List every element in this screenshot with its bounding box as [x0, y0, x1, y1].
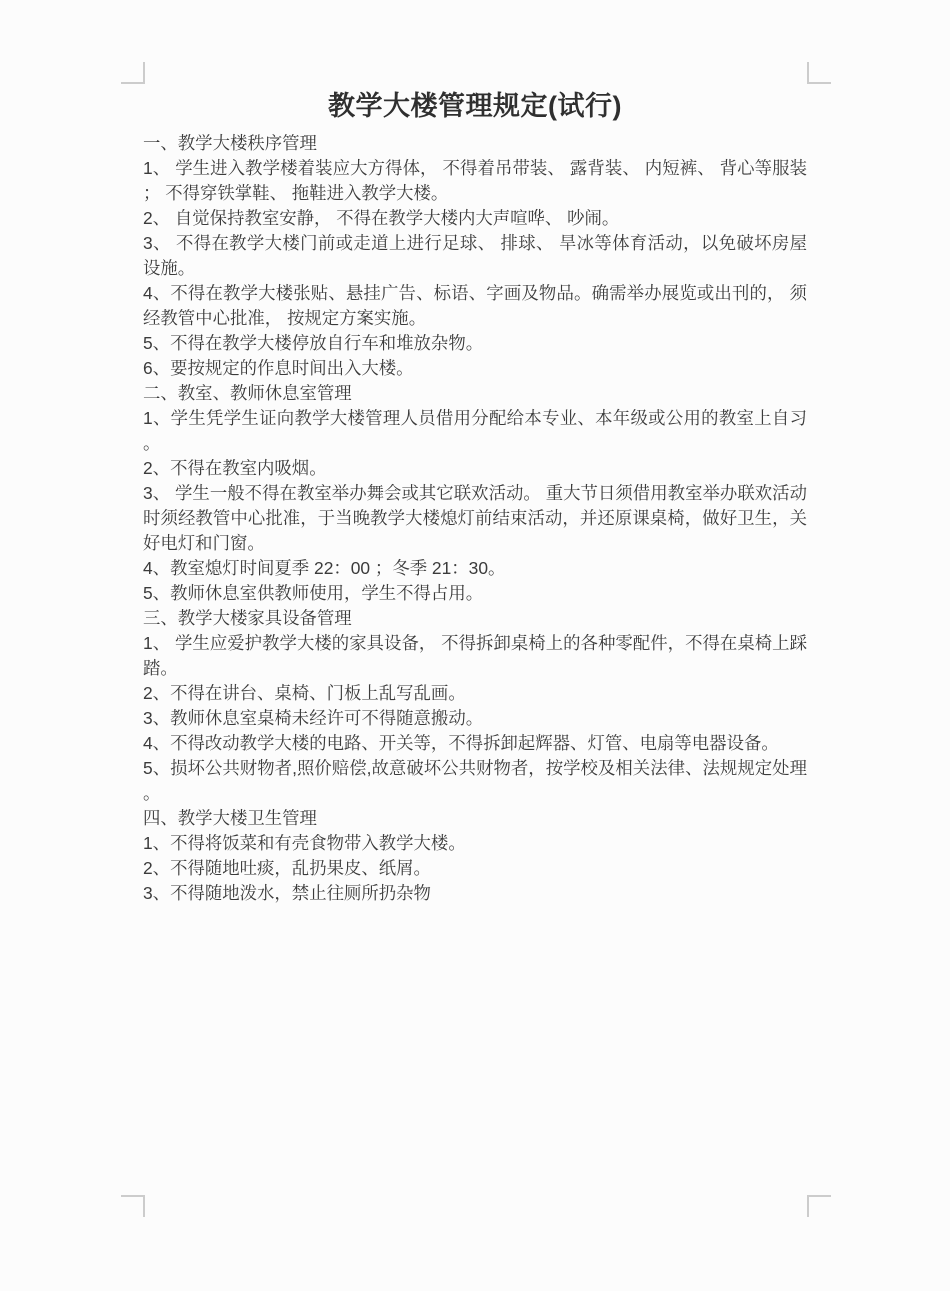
document-page: 教学大楼管理规定(试行) 一、教学大楼秩序管理1、 学生进入教学楼着装应大方得体… — [0, 0, 950, 1291]
rule-item: 1、 学生进入教学楼着装应大方得体， 不得着吊带装、 露背装、 内短裤、 背心等… — [143, 156, 807, 206]
margin-crop-mark-top-right — [807, 62, 831, 84]
rule-item: 4、不得改动教学大楼的电路、开关等，不得拆卸起辉器、灯管、电扇等电器设备。 — [143, 731, 807, 756]
rule-item: 3、教师休息室桌椅未经许可不得随意搬动。 — [143, 706, 807, 731]
section-heading: 四、教学大楼卫生管理 — [143, 806, 807, 831]
rule-item: 3、不得随地泼水，禁止往厕所扔杂物 — [143, 881, 807, 906]
rule-item: 3、 不得在教学大楼门前或走道上进行足球、 排球、 旱冰等体育活动，以免破坏房屋… — [143, 231, 807, 281]
margin-crop-mark-bottom-left — [121, 1195, 145, 1217]
page-title: 教学大楼管理规定(试行) — [143, 84, 807, 123]
section-heading: 三、教学大楼家具设备管理 — [143, 606, 807, 631]
rule-item: 6、要按规定的作息时间出入大楼。 — [143, 356, 807, 381]
rule-item: 2、不得随地吐痰，乱扔果皮、纸屑。 — [143, 856, 807, 881]
rule-item: 1、 学生应爱护教学大楼的家具设备， 不得拆卸桌椅上的各种零配件，不得在桌椅上踩… — [143, 631, 807, 681]
rule-item: 5、教师休息室供教师使用，学生不得占用。 — [143, 581, 807, 606]
rule-item: 2、不得在讲台、桌椅、门板上乱写乱画。 — [143, 681, 807, 706]
section-heading: 二、教室、教师休息室管理 — [143, 381, 807, 406]
rule-item: 5、不得在教学大楼停放自行车和堆放杂物。 — [143, 331, 807, 356]
rule-item: 4、不得在教学大楼张贴、悬挂广告、标语、字画及物品。确需举办展览或出刊的， 须经… — [143, 281, 807, 331]
rule-item: 1、学生凭学生证向教学大楼管理人员借用分配给本专业、本年级或公用的教室上自习。 — [143, 406, 807, 456]
margin-crop-mark-bottom-right — [807, 1195, 831, 1217]
rule-item: 1、不得将饭菜和有壳食物带入教学大楼。 — [143, 831, 807, 856]
section-heading: 一、教学大楼秩序管理 — [143, 131, 807, 156]
rule-item: 4、教室熄灯时间夏季 22：00 ；冬季 21：30。 — [143, 556, 807, 581]
margin-crop-mark-top-left — [121, 62, 145, 84]
rule-item: 3、 学生一般不得在教室举办舞会或其它联欢活动。 重大节日须借用教室举办联欢活动… — [143, 481, 807, 556]
document-body: 一、教学大楼秩序管理1、 学生进入教学楼着装应大方得体， 不得着吊带装、 露背装… — [143, 131, 807, 906]
rule-item: 5、损坏公共财物者,照价赔偿,故意破坏公共财物者，按学校及相关法律、法规规定处理… — [143, 756, 807, 806]
rule-item: 2、不得在教室内吸烟。 — [143, 456, 807, 481]
rule-item: 2、 自觉保持教室安静， 不得在教学大楼内大声喧哗、 吵闹。 — [143, 206, 807, 231]
